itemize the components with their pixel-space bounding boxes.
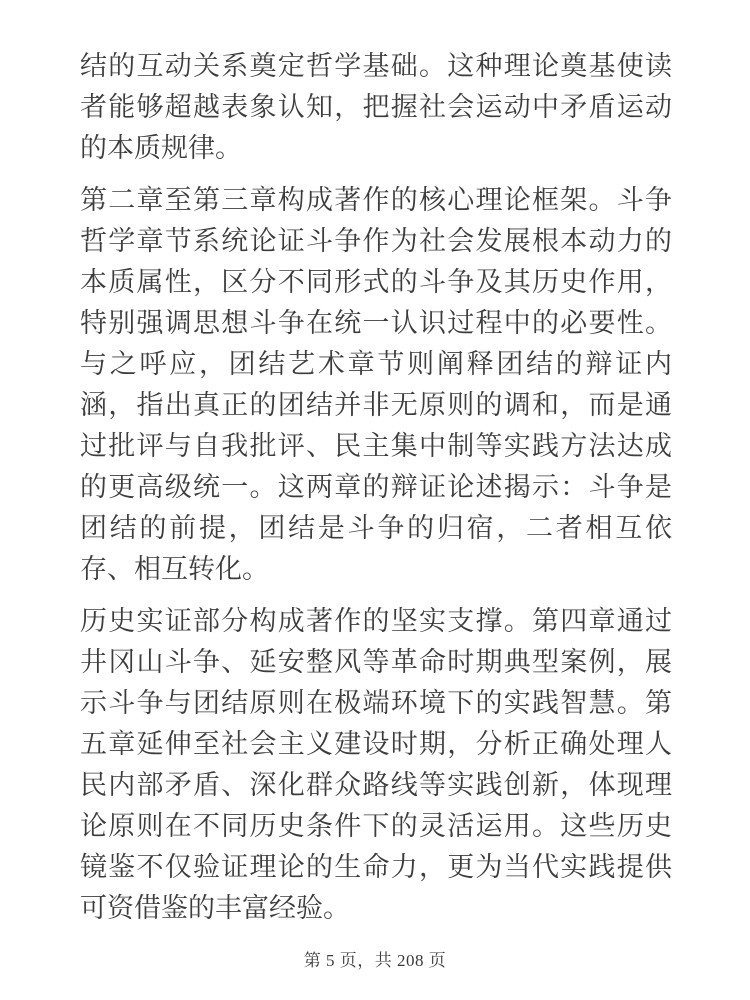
paragraph: 历史实证部分构成著作的坚实支撑。第四章通过井冈山斗争、延安整风等革命时期典型案例… (80, 601, 672, 929)
page-indicator: 第 5 页，共 208 页 (304, 951, 447, 970)
paragraph: 结的互动关系奠定哲学基础。这种理论奠基使读者能够超越表象认知，把握社会运动中矛盾… (80, 46, 672, 169)
document-page: 结的互动关系奠定哲学基础。这种理论奠基使读者能够超越表象认知，把握社会运动中矛盾… (0, 0, 750, 1000)
document-body: 结的互动关系奠定哲学基础。这种理论奠基使读者能够超越表象认知，把握社会运动中矛盾… (80, 46, 672, 940)
page-footer: 第 5 页，共 208 页 (0, 946, 750, 971)
paragraph: 第二章至第三章构成著作的核心理论框架。斗争哲学章节系统论证斗争作为社会发展根本动… (80, 180, 672, 590)
